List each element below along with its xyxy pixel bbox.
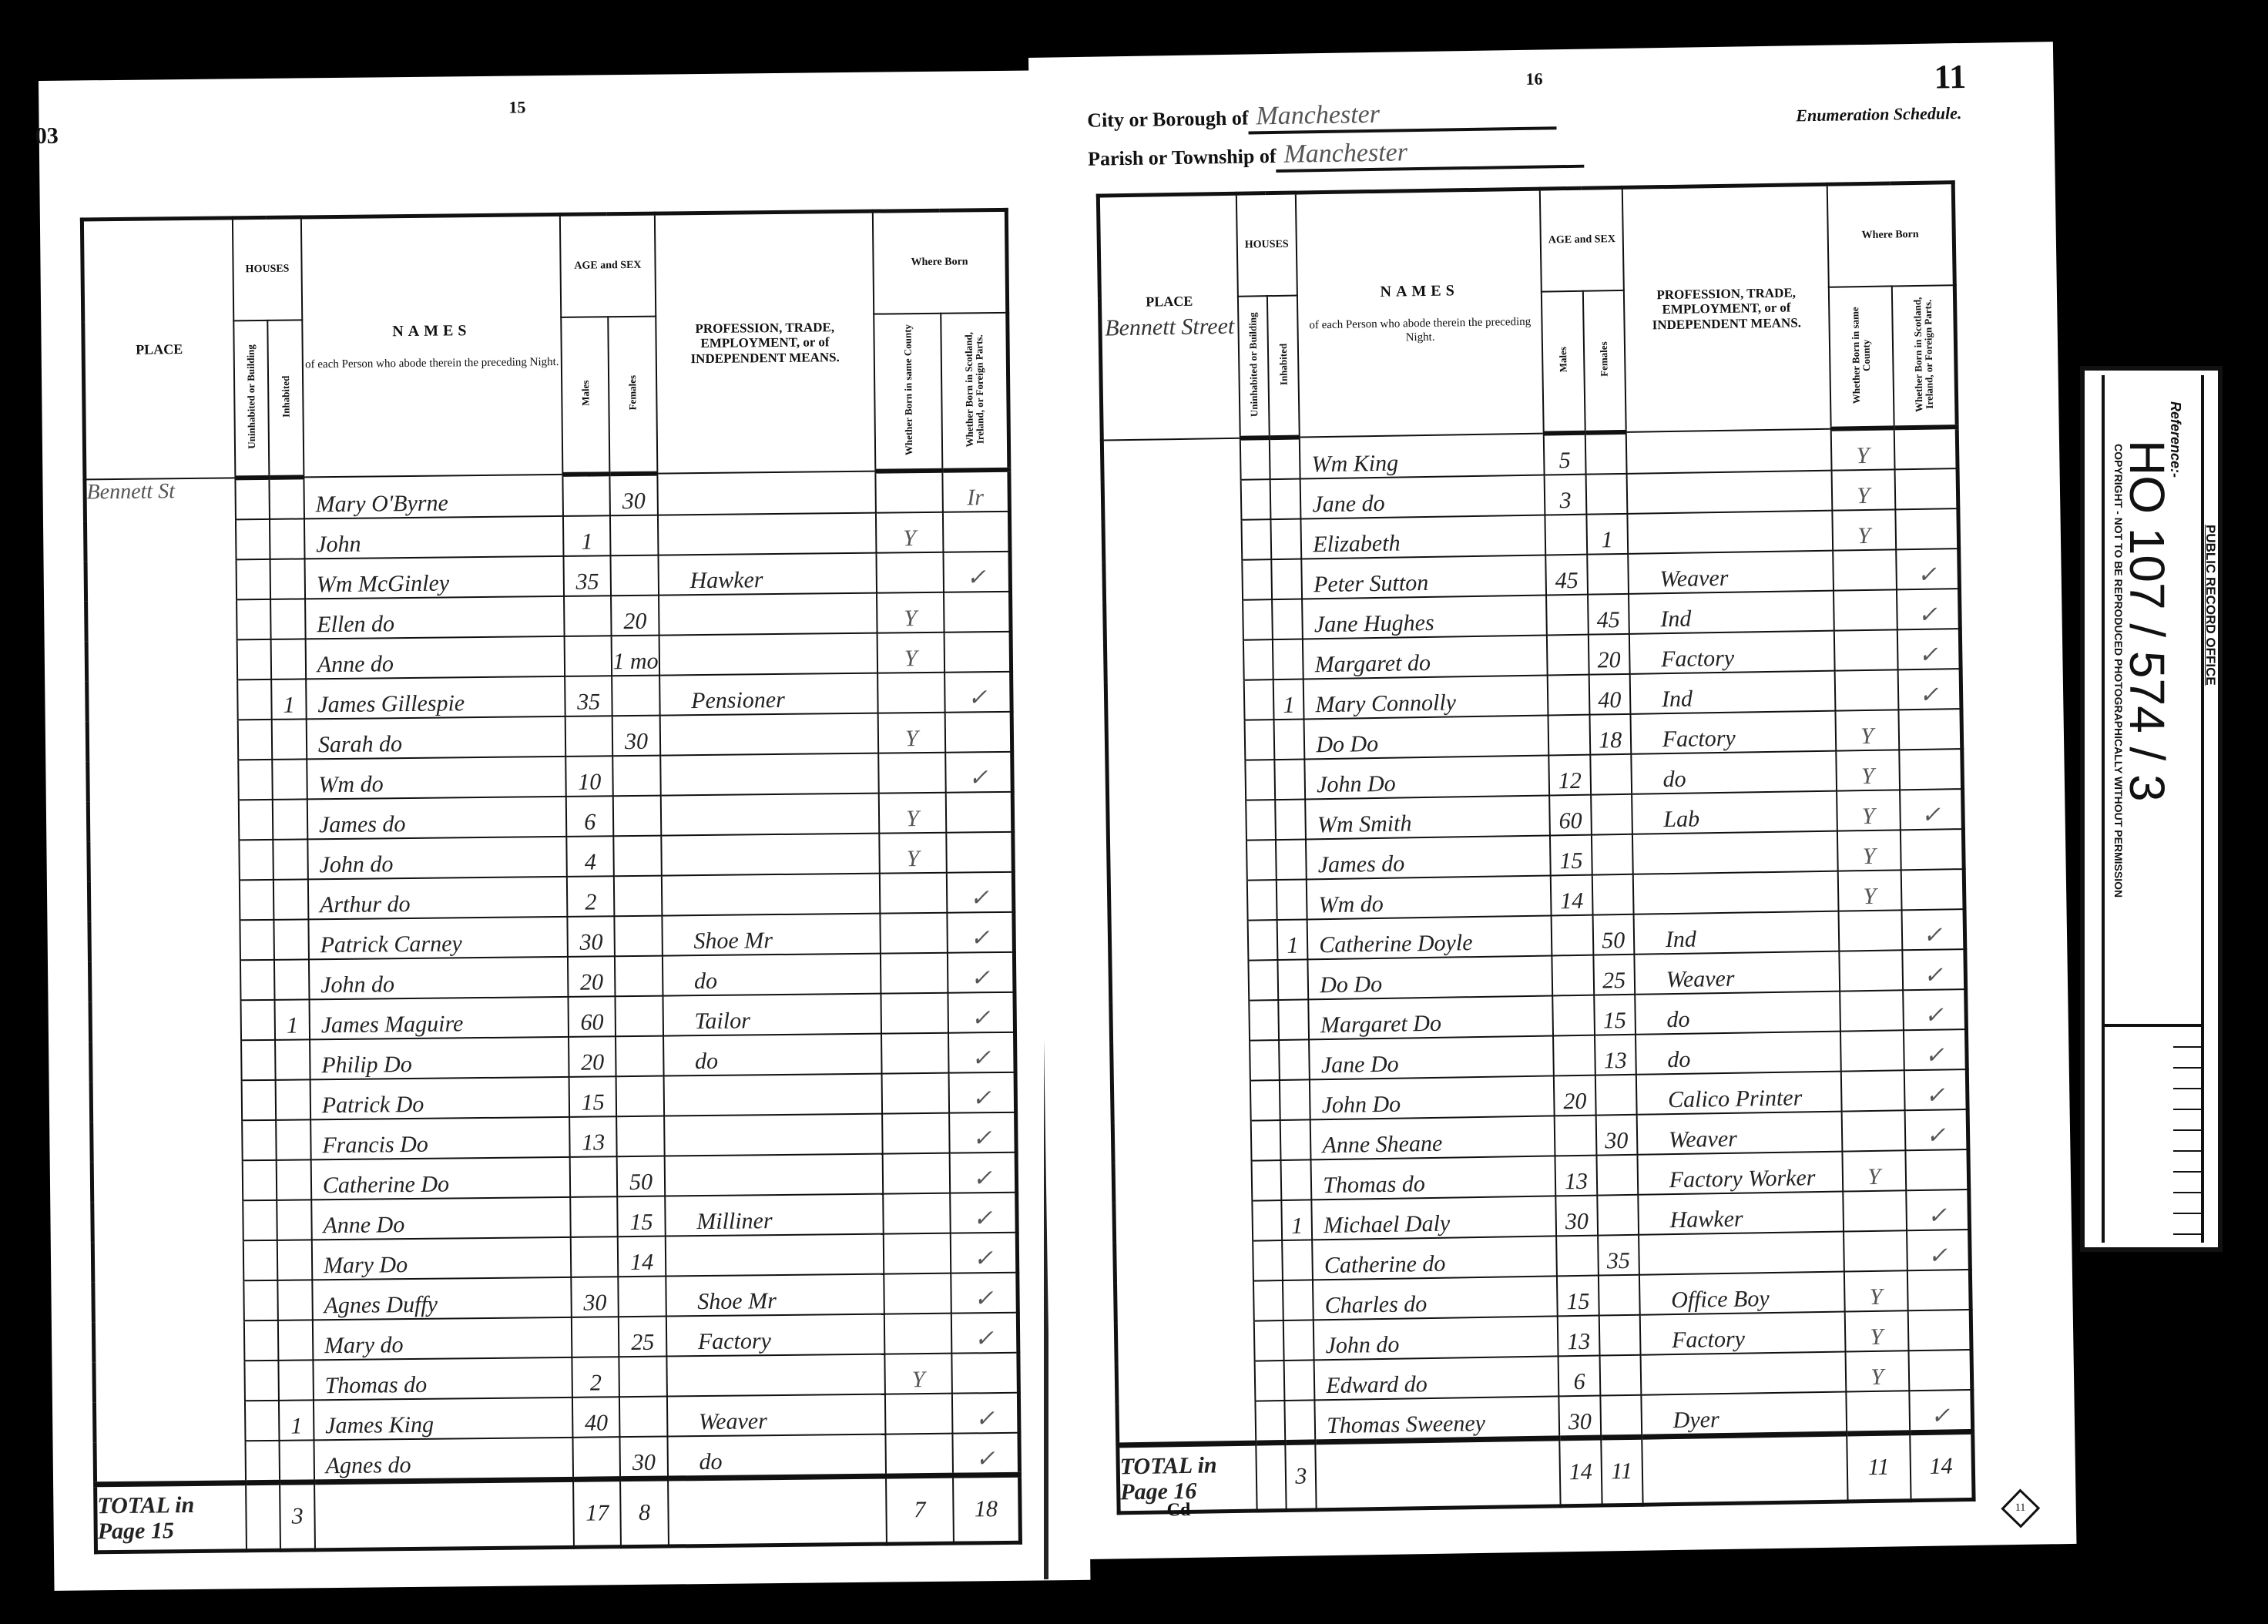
males-age-cell: 10 — [565, 756, 613, 797]
males-age-cell: 30 — [571, 1277, 619, 1317]
inhabited-cell: 1 — [1273, 679, 1304, 720]
name-cell: Philip Do — [310, 1037, 569, 1080]
occupation-cell: Ind — [1629, 671, 1835, 714]
uninhabited-cell — [235, 478, 270, 519]
females-age-cell: 30 — [612, 716, 660, 757]
total-females: 11 — [1601, 1437, 1643, 1505]
name-cell: Charles do — [1313, 1276, 1558, 1320]
total-label: TOTAL inPage 15 — [96, 1483, 247, 1552]
males-age-cell — [565, 716, 613, 757]
occupation-cell: Calico Printer — [1636, 1072, 1842, 1115]
born-elsewhere-cell: ✓ — [948, 1072, 1015, 1113]
header-where-born: Where Born — [1827, 183, 1954, 287]
place-cell-empty — [1116, 1321, 1254, 1364]
females-age-cell — [1599, 1355, 1641, 1396]
name-cell: Do Do — [1308, 955, 1553, 999]
inhabited-cell — [279, 1360, 314, 1400]
females-age-cell: 50 — [617, 1156, 665, 1197]
uninhabited-cell — [238, 720, 273, 760]
name-cell: Do Do — [1304, 716, 1549, 760]
born-elsewhere-cell — [1908, 1350, 1972, 1391]
born-same-county-cell — [880, 873, 947, 914]
born-elsewhere-cell — [946, 832, 1013, 873]
uninhabited-cell — [239, 840, 273, 880]
uninhabited-cell — [240, 960, 275, 1000]
name-cell: James do — [1306, 835, 1551, 879]
inhabited-cell — [1283, 1320, 1314, 1361]
name-cell: Elizabeth — [1301, 515, 1546, 559]
born-same-county-cell: Y — [1837, 870, 1901, 911]
name-cell: Patrick Do — [310, 1077, 569, 1120]
uninhabited-cell — [243, 1240, 278, 1280]
born-same-county-cell — [881, 993, 948, 1034]
males-age-cell — [571, 1236, 619, 1277]
header-place: PLACE — [82, 218, 235, 480]
name-cell: Peter Sutton — [1302, 555, 1547, 599]
place-cell-empty — [89, 920, 240, 961]
place-cell-empty — [85, 519, 236, 561]
uninhabited-cell — [241, 1000, 276, 1040]
born-elsewhere-cell: ✓ — [1897, 669, 1961, 710]
females-age-cell — [615, 956, 663, 997]
place-cell-empty — [92, 1240, 243, 1282]
corner-mark: 03 — [35, 123, 59, 149]
page-number: 16 — [1525, 69, 1542, 89]
occupation-cell: Factory — [1639, 1312, 1845, 1355]
folio-stamp: 11 — [2001, 1489, 2040, 1528]
females-age-cell — [1599, 1315, 1640, 1356]
born-elsewhere-cell: ✓ — [947, 912, 1014, 953]
born-same-county-cell — [877, 552, 944, 593]
uninhabited-cell — [236, 519, 270, 559]
place-cell-empty — [88, 760, 239, 801]
occupation-cell: Ind — [1633, 911, 1839, 955]
header-elsewhere: Whether Born in Scotland, Ireland, or Fo… — [1912, 288, 1935, 419]
uninhabited-cell — [1245, 760, 1276, 800]
males-age-cell: 40 — [572, 1397, 620, 1438]
occupation-cell: Factory — [666, 1314, 885, 1357]
males-age-cell: 30 — [1559, 1396, 1601, 1438]
inhabited-cell — [277, 1240, 312, 1280]
born-same-county-cell — [1846, 1391, 1910, 1434]
name-cell: Wm Smith — [1305, 795, 1550, 839]
occupation-cell — [1633, 871, 1839, 914]
born-same-county-cell — [882, 1113, 949, 1154]
header-females: Females — [1599, 341, 1609, 377]
born-elsewhere-cell: ✓ — [944, 672, 1012, 713]
place-cell-empty — [1109, 841, 1247, 883]
inhabited-cell — [1284, 1360, 1315, 1401]
occupation-cell — [664, 1154, 883, 1196]
inhabited-cell — [280, 1440, 314, 1482]
inhabited-cell — [1283, 1280, 1313, 1320]
place-cell-empty — [1108, 800, 1246, 843]
born-elsewhere-cell: ✓ — [1909, 1390, 1973, 1433]
reference-value: HO 107 / 574 / 3 — [2119, 440, 2176, 802]
uninhabited-cell — [240, 880, 274, 920]
born-same-county-cell — [1844, 1230, 1907, 1271]
males-age-cell: 3 — [1545, 475, 1586, 515]
name-cell: John — [304, 516, 564, 559]
born-same-county-cell: Y — [1845, 1351, 1909, 1391]
name-cell: Agnes Duffy — [312, 1277, 572, 1320]
occupation-cell: do — [1635, 992, 1840, 1035]
uninhabited-cell — [244, 1361, 279, 1401]
uninhabited-cell — [1253, 1240, 1283, 1281]
born-same-county-cell — [884, 1233, 951, 1274]
born-same-county-cell — [1833, 549, 1897, 590]
uninhabited-cell — [1242, 559, 1273, 600]
name-cell: Catherine Doyle — [1307, 915, 1552, 959]
inhabited-cell — [1270, 479, 1301, 520]
inhabited-cell — [277, 1200, 312, 1240]
born-elsewhere-cell: ✓ — [951, 1273, 1018, 1314]
uninhabited-cell — [239, 800, 273, 840]
name-cell: Patrick Carney — [308, 917, 568, 960]
place-cell-empty — [1116, 1361, 1255, 1404]
uninhabited-cell — [240, 920, 274, 960]
copyright-notice: COPYRIGHT - NOT TO BE REPRODUCED PHOTOGR… — [2112, 444, 2125, 898]
place-cell-empty — [88, 800, 239, 841]
born-same-county-cell — [885, 1434, 952, 1476]
born-same-county-cell: Y — [1832, 509, 1896, 550]
place-cell-empty — [1112, 1081, 1250, 1123]
females-age-cell: 1 — [1586, 514, 1628, 555]
females-age-cell: 30 — [610, 474, 658, 516]
inhabited-cell — [1279, 1039, 1310, 1080]
born-elsewhere-cell: ✓ — [950, 1233, 1017, 1273]
born-same-county-cell: Y — [1837, 830, 1901, 871]
uninhabited-cell — [1240, 479, 1271, 520]
occupation-cell: do — [667, 1434, 886, 1478]
sheet-number: 11 — [1934, 57, 1966, 97]
uninhabited-cell — [244, 1320, 279, 1361]
header-houses: HOUSES — [233, 217, 302, 320]
name-cell: Arthur do — [308, 877, 568, 920]
public-record-office-label: PUBLIC RECORD OFFICE — [2203, 525, 2218, 686]
inhabited-cell — [1273, 639, 1303, 679]
uninhabited-cell — [1252, 1200, 1283, 1241]
females-age-cell — [613, 756, 661, 797]
occupation-cell: Milliner — [665, 1194, 884, 1236]
place-cell-empty — [1110, 961, 1249, 1003]
occupation-cell: Factory Worker — [1637, 1152, 1843, 1195]
uninhabited-cell — [1249, 1000, 1280, 1041]
name-cell: John do — [1313, 1316, 1558, 1360]
place-cell-empty — [1115, 1241, 1253, 1283]
born-same-county-cell — [880, 913, 947, 954]
header-uninhabited: Uninhabited or Building — [246, 344, 257, 449]
name-cell: Catherine Do — [311, 1157, 571, 1200]
uninhabited-cell — [1253, 1320, 1284, 1361]
males-age-cell: 60 — [569, 996, 616, 1037]
place-cell-empty — [92, 1200, 243, 1242]
occupation-cell — [1626, 429, 1831, 474]
born-same-county-cell: Y — [1836, 750, 1900, 790]
uninhabited-cell — [243, 1160, 277, 1200]
born-same-county-cell — [882, 1073, 949, 1114]
header-same-county: Whether Born in same County — [902, 320, 914, 459]
header-males: Males — [1558, 347, 1568, 372]
inhabited-cell — [274, 959, 309, 999]
place-cell-empty — [93, 1280, 244, 1322]
uninhabited-cell — [1246, 840, 1277, 881]
born-same-county-cell — [1834, 629, 1898, 670]
occupation-cell — [665, 1234, 884, 1277]
footer-code: Cd — [1166, 1500, 1190, 1521]
born-same-county-cell — [1838, 910, 1902, 951]
inhabited-cell — [277, 1159, 311, 1200]
place-cell-empty — [92, 1160, 243, 1202]
born-elsewhere-cell — [944, 712, 1012, 753]
males-age-cell — [1553, 995, 1595, 1036]
inhabited-cell — [1270, 438, 1300, 480]
females-age-cell: 15 — [1594, 995, 1636, 1035]
born-elsewhere-cell — [1894, 468, 1958, 509]
born-elsewhere-cell: ✓ — [1906, 1189, 1970, 1230]
place-cell-empty — [1104, 560, 1243, 602]
uninhabited-cell — [238, 760, 273, 800]
inhabited-cell — [1281, 1159, 1312, 1200]
females-age-cell: 20 — [611, 596, 659, 636]
place-cell-empty — [1109, 921, 1248, 963]
header-where-born: Where Born — [873, 210, 1008, 314]
city-label: City or Borough of — [1087, 107, 1249, 132]
inhabited-cell — [274, 919, 309, 959]
born-same-county-cell — [1841, 1070, 1905, 1111]
females-age-cell: 13 — [1595, 1035, 1636, 1075]
uninhabited-cell — [242, 1080, 277, 1120]
total-same-county: 7 — [886, 1475, 954, 1544]
place-cell-empty — [91, 1040, 242, 1082]
born-elsewhere-cell — [1899, 749, 1963, 790]
born-same-county-cell: Y — [879, 793, 946, 834]
males-age-cell: 14 — [1551, 875, 1592, 916]
place-cell-empty — [1117, 1401, 1256, 1445]
born-same-county-cell — [1843, 1190, 1907, 1231]
place-cell-empty — [1111, 1001, 1250, 1043]
total-row: TOTAL inPage 16 3 14 11 11 14 — [1118, 1431, 1974, 1512]
females-age-cell — [1585, 474, 1627, 515]
inhabited-cell — [273, 839, 308, 879]
males-age-cell: 12 — [1549, 755, 1591, 796]
place-cell-empty — [86, 599, 237, 641]
occupation-cell: Pensioner — [659, 673, 878, 716]
born-same-county-cell: Y — [879, 833, 946, 874]
census-page-right: 16 11 Enumeration Schedule. City or Boro… — [1028, 42, 2076, 1560]
born-same-county-cell — [1840, 990, 1904, 1031]
occupation-cell — [657, 471, 876, 515]
occupation-cell: Office Boy — [1639, 1272, 1845, 1315]
born-elsewhere-cell — [1900, 829, 1964, 870]
born-same-county-cell — [1841, 1110, 1905, 1151]
inhabited-cell — [1276, 799, 1307, 840]
header-place: PLACE Bennett Street — [1098, 193, 1240, 440]
females-age-cell — [1592, 834, 1633, 875]
born-elsewhere-cell: ✓ — [949, 1112, 1016, 1153]
occupation-cell: Dyer — [1641, 1392, 1847, 1438]
males-age-cell: 15 — [569, 1076, 617, 1117]
place-cell: Bennett St — [85, 478, 236, 521]
males-age-cell: 6 — [1558, 1356, 1600, 1397]
males-age-cell: 30 — [1556, 1196, 1598, 1236]
born-elsewhere-cell — [945, 792, 1012, 833]
inhabited-cell — [270, 518, 304, 559]
males-age-cell: 15 — [1550, 835, 1592, 876]
uninhabited-cell — [237, 679, 272, 720]
born-same-county-cell — [877, 673, 944, 713]
uninhabited-cell — [1243, 639, 1273, 680]
place-cell-empty — [1109, 881, 1247, 923]
name-cell: Jane Hughes — [1302, 596, 1547, 639]
born-elsewhere-cell: ✓ — [1900, 789, 1964, 830]
born-elsewhere-cell: ✓ — [952, 1393, 1019, 1434]
males-age-cell — [1548, 715, 1590, 756]
name-cell: Margaret do — [1303, 636, 1548, 679]
place-value-header: Bennett Street — [1102, 314, 1237, 342]
uninhabited-cell — [246, 1441, 280, 1483]
occupation-cell: Factory — [1629, 631, 1835, 674]
inhabited-cell — [273, 759, 307, 799]
males-age-cell: 20 — [568, 956, 616, 997]
occupation-cell: Weaver — [1628, 551, 1834, 594]
census-table: PLACE Bennett Street HOUSES NAMES of eac… — [1096, 180, 1976, 1515]
name-cell: Mary Do — [312, 1237, 572, 1280]
uninhabited-cell — [1241, 519, 1272, 560]
males-age-cell — [573, 1437, 621, 1479]
females-age-cell — [1592, 874, 1633, 915]
occupation-cell: Weaver — [1634, 951, 1840, 995]
males-age-cell: 2 — [572, 1357, 619, 1398]
born-same-county-cell: Y — [1844, 1270, 1908, 1311]
header-age-sex: AGE and SEX — [1540, 187, 1623, 291]
females-age-cell — [1597, 1195, 1639, 1236]
name-cell: Anne Do — [311, 1197, 571, 1240]
females-age-cell — [619, 1277, 666, 1317]
uninhabited-cell — [243, 1200, 277, 1240]
males-age-cell — [570, 1156, 618, 1197]
females-age-cell — [612, 676, 660, 716]
uninhabited-cell — [1250, 1120, 1281, 1161]
uninhabited-cell — [237, 639, 272, 679]
occupation-cell: Shoe Mr — [662, 914, 881, 956]
place-cell — [1102, 438, 1240, 482]
occupation-cell — [659, 593, 877, 636]
parish-label: Parish or Township of — [1088, 145, 1277, 170]
born-same-county-cell — [1839, 950, 1903, 991]
occupation-cell — [659, 633, 877, 676]
females-age-cell — [1591, 794, 1632, 835]
occupation-cell: Tailor — [663, 994, 881, 1036]
born-same-county-cell: Y — [1831, 469, 1895, 510]
inhabited-cell — [273, 879, 308, 919]
females-age-cell: 30 — [620, 1437, 668, 1479]
name-cell: Anne Sheane — [1310, 1116, 1555, 1159]
place-cell-empty — [1107, 760, 1246, 803]
name-cell: Edward do — [1314, 1356, 1559, 1400]
place-cell-empty — [86, 559, 237, 601]
born-elsewhere-cell: ✓ — [1903, 989, 1967, 1030]
uninhabited-cell — [1250, 1040, 1280, 1081]
born-elsewhere-cell — [1907, 1310, 1971, 1351]
females-age-cell: 15 — [618, 1196, 666, 1237]
enumeration-schedule-label: Enumeration Schedule. — [1796, 103, 1962, 126]
uninhabited-cell — [1243, 679, 1274, 720]
males-age-cell: 20 — [569, 1036, 616, 1077]
uninhabited-cell — [1253, 1280, 1283, 1321]
inhabited-cell — [271, 599, 306, 639]
parish-value: Manchester — [1276, 136, 1585, 173]
born-same-county-cell: Y — [884, 1354, 951, 1394]
females-age-cell — [619, 1357, 667, 1398]
uninhabited-cell — [245, 1401, 280, 1441]
inhabited-cell — [1278, 959, 1309, 1000]
occupation-cell — [1626, 471, 1832, 514]
females-age-cell — [610, 515, 658, 556]
males-age-cell — [1555, 1116, 1596, 1156]
born-elsewhere-cell: ✓ — [948, 952, 1015, 993]
name-cell: Wm do — [1307, 875, 1552, 919]
females-age-cell: 45 — [1588, 594, 1629, 635]
name-cell: James Maguire — [309, 997, 569, 1040]
occupation-cell: do — [1631, 751, 1837, 794]
inhabited-cell — [1283, 1240, 1313, 1280]
males-age-cell — [564, 596, 612, 636]
name-cell: Wm King — [1300, 434, 1545, 479]
inhabited-cell: 1 — [1282, 1200, 1313, 1240]
inhabited-cell — [278, 1320, 313, 1360]
total-same-county: 11 — [1847, 1433, 1911, 1502]
born-elsewhere-cell — [943, 512, 1010, 552]
born-elsewhere-cell: ✓ — [1904, 1109, 1968, 1150]
reference-slip: Reference:- HO 107 / 574 / 3 PUBLIC RECO… — [2080, 366, 2223, 1252]
total-females: 8 — [620, 1478, 668, 1547]
born-same-county-cell: Y — [1842, 1150, 1906, 1191]
born-same-county-cell: Y — [877, 592, 944, 633]
header-inhabited: Inhabited — [1278, 343, 1289, 384]
occupation-cell — [659, 713, 878, 756]
occupation-cell: do — [1636, 1032, 1841, 1075]
total-inhabited: 3 — [1286, 1442, 1317, 1511]
inhabited-cell — [272, 719, 307, 759]
place-cell-empty — [1114, 1201, 1253, 1243]
males-age-cell: 2 — [567, 876, 615, 917]
females-age-cell — [1590, 754, 1632, 795]
females-age-cell — [614, 876, 662, 917]
inhabited-cell — [277, 1119, 311, 1159]
inhabited-cell — [1285, 1400, 1316, 1442]
occupation-cell — [1639, 1232, 1844, 1275]
census-page-left: 03 15 PLACE HOUSES NAMES of each Person … — [39, 70, 1090, 1591]
total-elsewhere: 18 — [953, 1475, 1021, 1543]
name-cell: John do — [309, 957, 569, 1000]
inhabited-cell — [1272, 599, 1303, 640]
occupation-cell: Factory — [1630, 711, 1836, 754]
females-age-cell — [1596, 1155, 1638, 1196]
uninhabited-cell — [1243, 599, 1273, 640]
inhabited-cell — [1272, 559, 1303, 600]
born-same-county-cell: Y — [1844, 1310, 1908, 1351]
name-cell: Catherine do — [1312, 1236, 1557, 1280]
born-same-county-cell — [884, 1273, 951, 1314]
header-females: Females — [627, 375, 638, 411]
city-value: Manchester — [1248, 97, 1557, 134]
uninhabited-cell — [1251, 1160, 1282, 1201]
females-age-cell — [1600, 1395, 1642, 1438]
occupation-cell — [1632, 831, 1838, 874]
name-cell: James King — [314, 1398, 573, 1441]
place-cell-empty — [92, 1120, 243, 1162]
